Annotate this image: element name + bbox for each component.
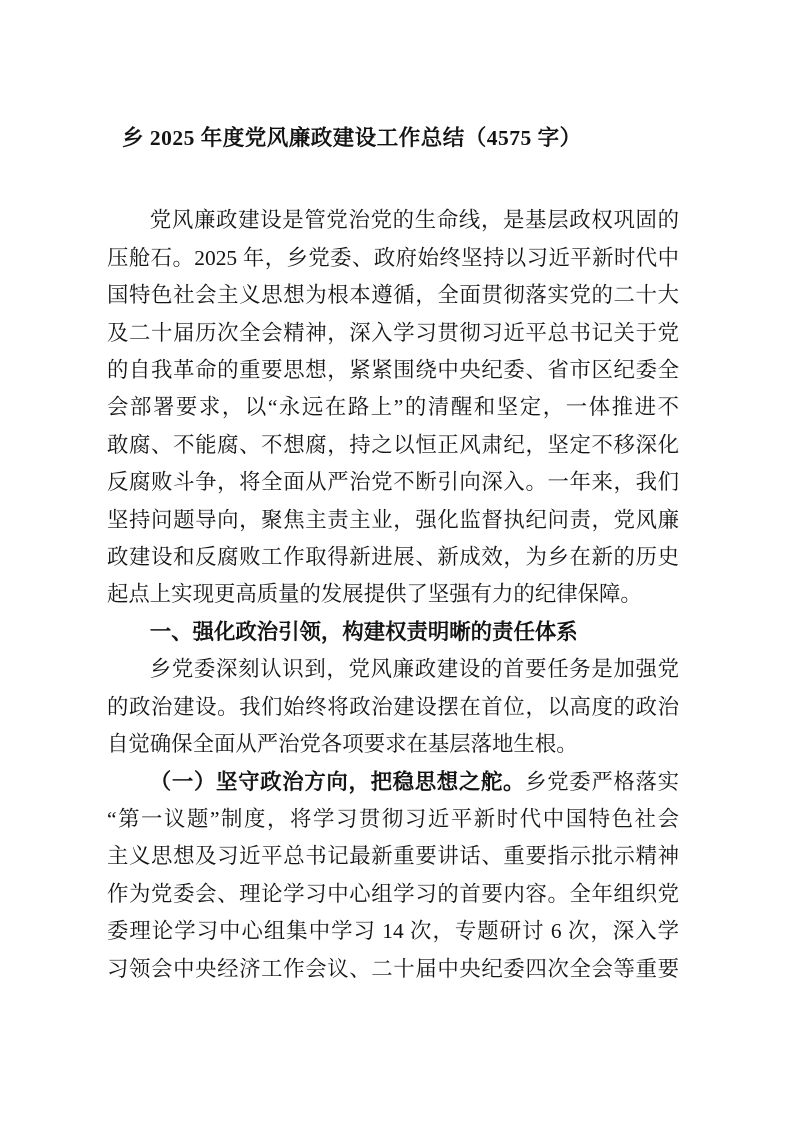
document-content: 乡 2025 年度党风廉政建设工作总结（4575 字） 党风廉政建设是管党治党的… [107,120,679,988]
text-line: 作为党委会、理论学习中心组学习的首要内容。全年组织党 [107,876,679,913]
text-line: 党风廉政建设是管党治党的生命线，是基层政权巩固的 [107,202,679,239]
text-line: 习领会中央经济工作会议、二十届中央纪委四次全会等重要 [107,951,679,988]
text-line: 及二十届历次全会精神，深入学习贯彻习近平总书记关于党 [107,315,679,352]
text-line: 坚持问题导向，聚焦主责主业，强化监督执纪问责，党风廉 [107,502,679,539]
lead-rest-text: 乡党委严格落实 [525,770,679,794]
text-line: 国特色社会主义思想为根本遵循，全面贯彻落实党的二十大 [107,277,679,314]
text-line: “第一议题”制度，将学习贯彻习近平新时代中国特色社会 [107,801,679,838]
text-line: 会部署要求，以“永远在路上”的清醒和坚定，一体推进不 [107,389,679,426]
text-line: 反腐败斗争，将全面从严治党不断引向深入。一年来，我们 [107,464,679,501]
text-line: 起点上实现更高质量的发展提供了坚强有力的纪律保障。 [107,576,679,613]
text-line: 主义思想及习近平总书记最新重要讲话、重要指示批示精神 [107,838,679,875]
text-line: 敢腐、不能腐、不想腐，持之以恒正风肃纪，坚定不移深化 [107,427,679,464]
text-line: 政建设和反腐败工作取得新进展、新成效，为乡在新的历史 [107,539,679,576]
text-line: 的政治建设。我们始终将政治建设摆在首位，以高度的政治 [107,689,679,726]
text-line: 的自我革命的重要思想，紧紧围绕中央纪委、省市区纪委全 [107,352,679,389]
section-heading: 一、强化政治引领，构建权责明晰的责任体系 [107,614,679,651]
text-line: （一）坚守政治方向，把稳思想之舵。乡党委严格落实 [107,764,679,801]
text-line: 压舱石。2025 年，乡党委、政府始终坚持以习近平新时代中 [107,240,679,277]
text-line: 委理论学习中心组集中学习 14 次，专题研讨 6 次，深入学 [107,913,679,950]
text-line: 乡党委深刻认识到，党风廉政建设的首要任务是加强党 [107,651,679,688]
subsection-lead: （一）坚守政治方向，把稳思想之舵。 [150,770,525,794]
text-line: 自觉确保全面从严治党各项要求在基层落地生根。 [107,726,679,763]
document-page: 乡 2025 年度党风廉政建设工作总结（4575 字） 党风廉政建设是管党治党的… [0,0,793,1122]
document-title: 乡 2025 年度党风廉政建设工作总结（4575 字） [122,120,679,157]
